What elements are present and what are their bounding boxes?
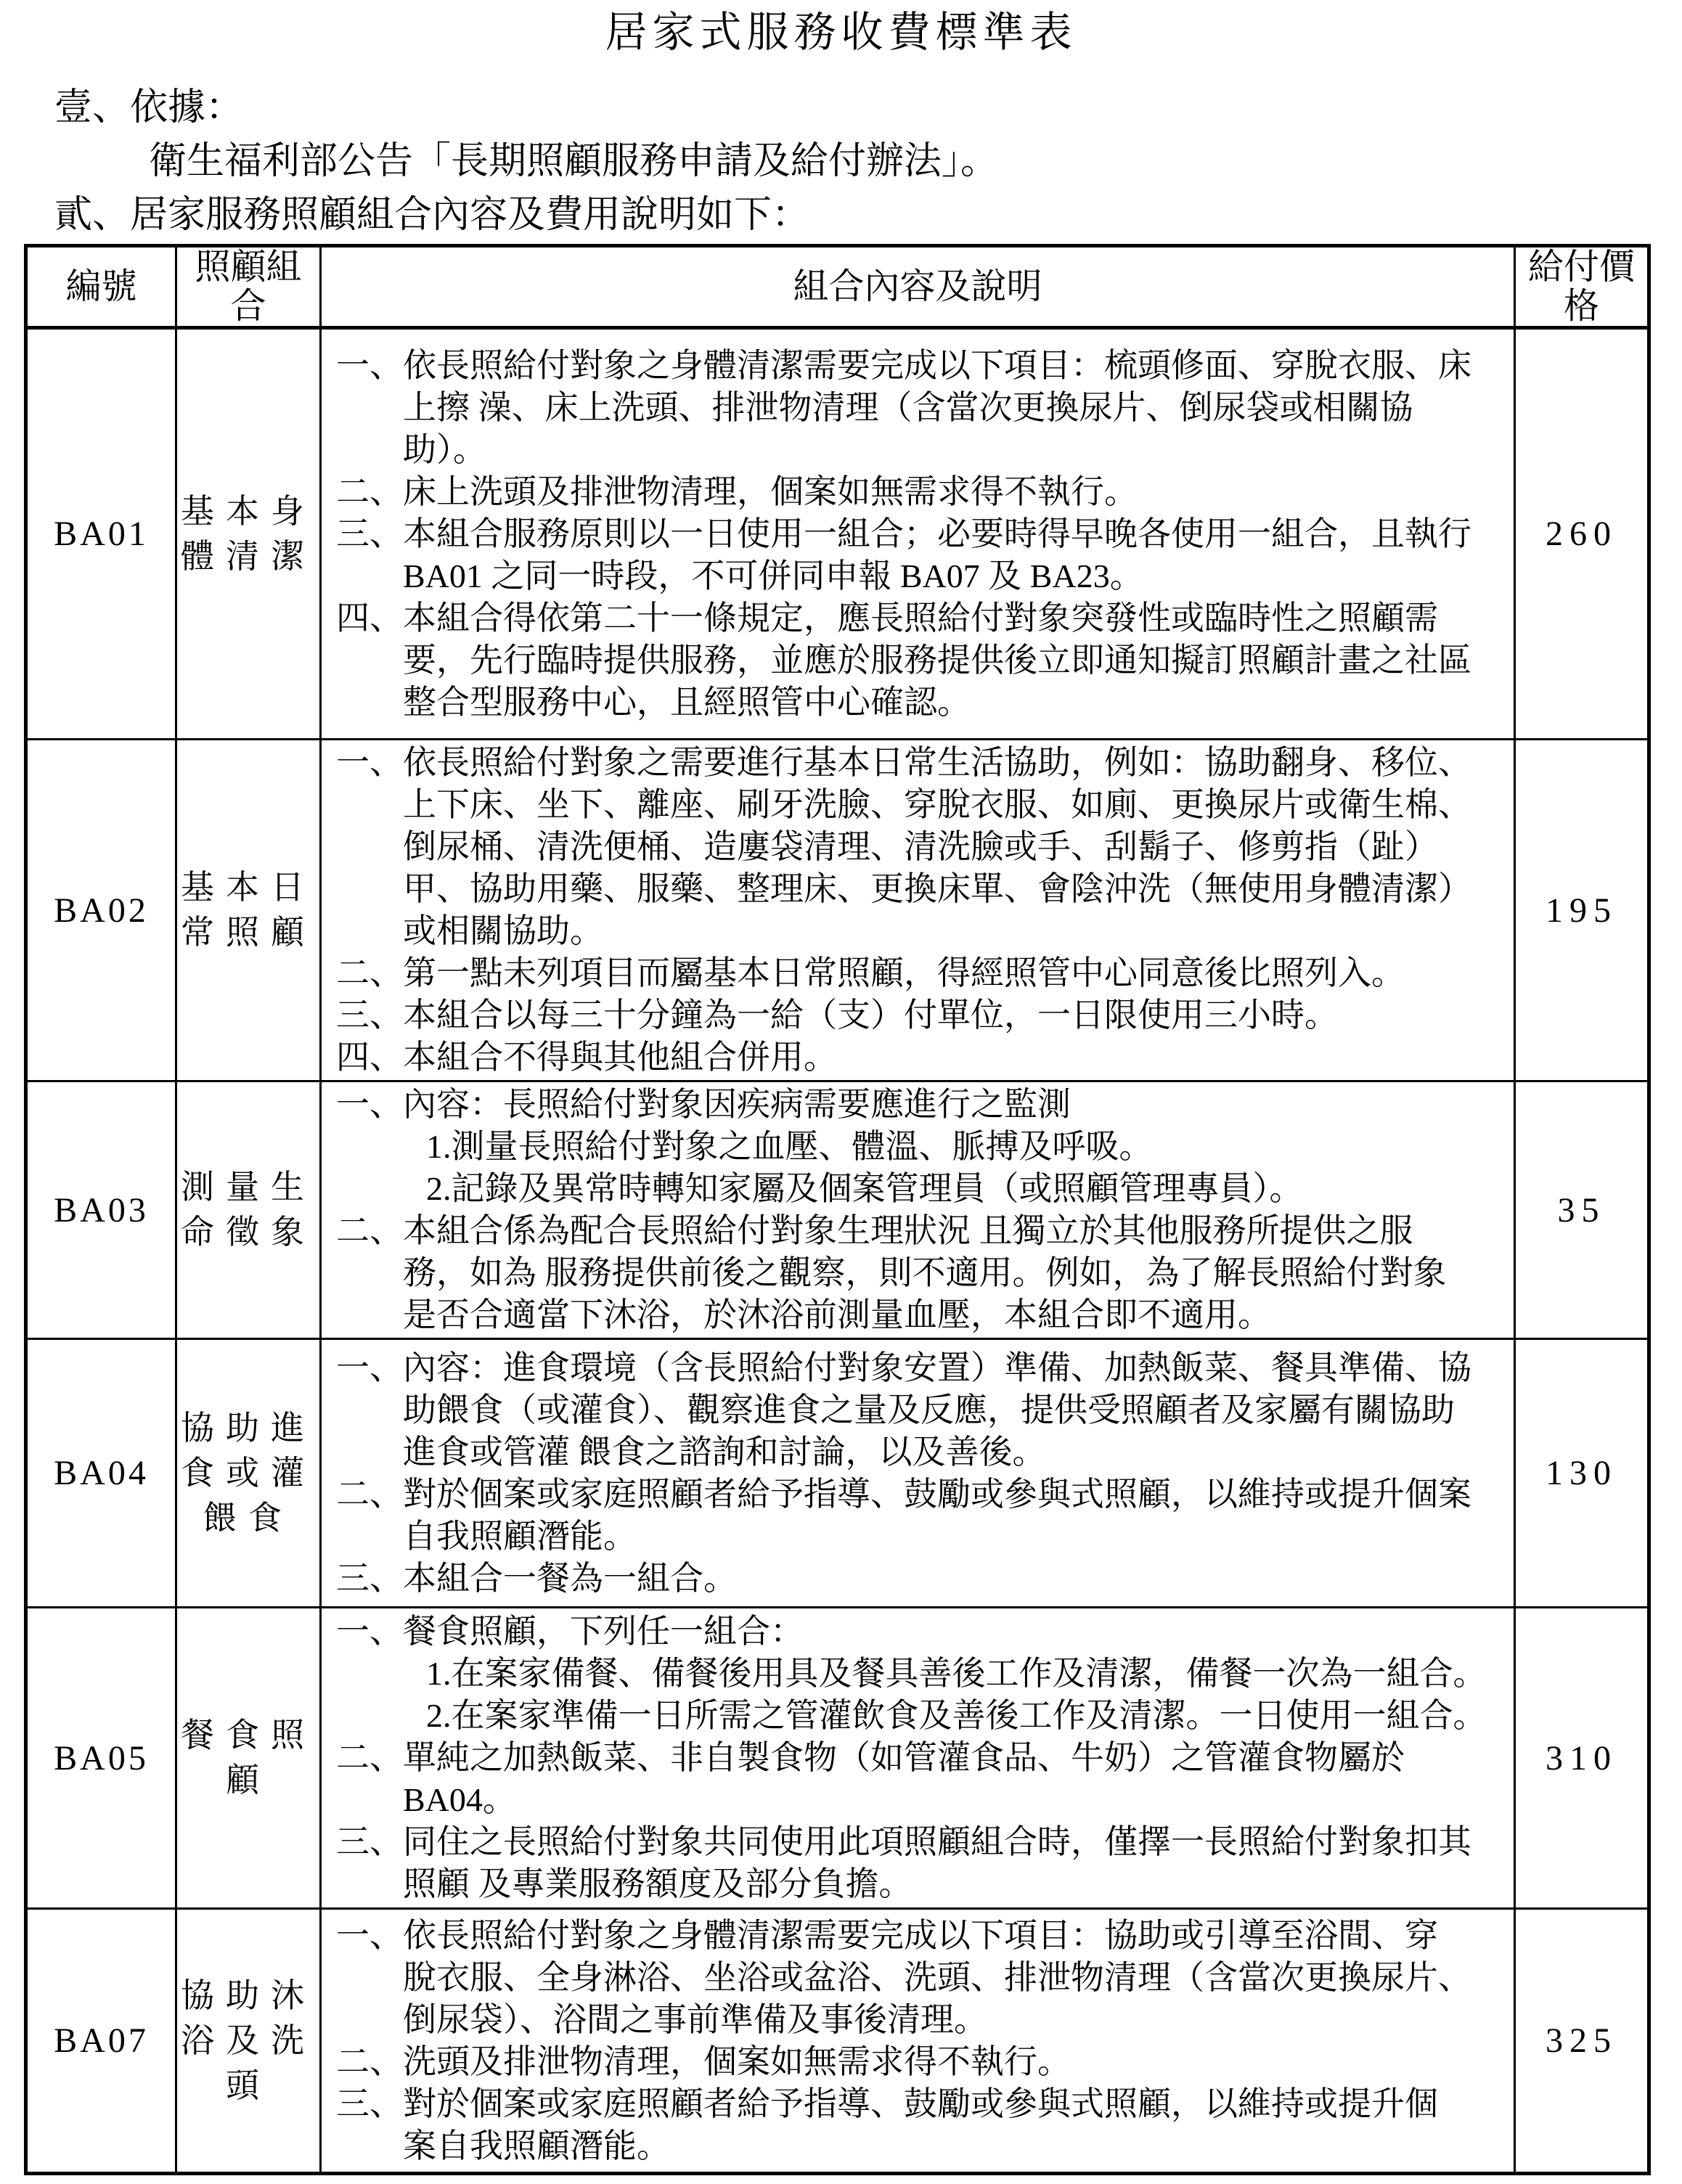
content-line: 是否合適當下沐浴，於沐浴前測量血壓，本組合即不適用。 — [336, 1294, 1501, 1336]
page-title: 居家式服務收費標準表 — [0, 0, 1682, 57]
content-line: 倒尿袋）、浴間之事前準備及事後清理。 — [336, 1999, 1501, 2041]
content-line: 要，先行臨時提供服務，並應於服務提供後立即通知擬訂照顧計畫之社區 — [336, 639, 1501, 682]
content-line: 二、本組合係為配合長照給付對象生理狀況 且獨立於其他服務所提供之服 — [336, 1210, 1501, 1252]
content-line: BA04。 — [336, 1779, 1501, 1821]
table-row: BA03測量生命徵象一、內容：長照給付對象因疾病需要應進行之監測1.測量長照給付… — [26, 1081, 1649, 1339]
content-line: 一、內容：長照給付對象因疾病需要應進行之監測 — [336, 1084, 1501, 1126]
row-code: BA04 — [26, 1339, 176, 1608]
content-line: 二、床上洗頭及排泄物清理，個案如無需求得不執行。 — [336, 471, 1501, 513]
row-content-description: 一、依長照給付對象之需要進行基本日常生活協助，例如：協助翻身、移位、上下床、坐下… — [321, 740, 1515, 1081]
content-line: 助餵食（或灌食）、觀察進食之量及反應，提供受照顧者及家屬有關協助 — [336, 1389, 1501, 1431]
row-payment-price: 325 — [1515, 1909, 1649, 2174]
row-code: BA07 — [26, 1909, 176, 2174]
header-code: 編號 — [26, 246, 176, 328]
content-line: 2.在案家準備一日所需之管灌飲食及善後工作及清潔。一日使用一組合。 — [336, 1695, 1501, 1737]
content-line: 自我照顧潛能。 — [336, 1516, 1501, 1558]
content-line: 甲、協助用藥、服藥、整理床、更換床單、會陰沖洗（無使用身體清潔） — [336, 868, 1501, 910]
content-line: 三、本組合以每三十分鐘為一給（支）付單位，一日限使用三小時。 — [336, 994, 1501, 1036]
content-line: 照顧 及專業服務額度及部分負擔。 — [336, 1863, 1501, 1905]
row-payment-price: 130 — [1515, 1339, 1649, 1608]
content-line: 助）。 — [336, 429, 1501, 471]
header-payment-price: 給付價格 — [1515, 246, 1649, 328]
fee-table: 編號 照顧組合 組合內容及說明 給付價格 BA01基本身體清潔一、依長照給付對象… — [24, 244, 1651, 2175]
content-line: 上下床、坐下、離座、刷牙洗臉、穿脫衣服、如廁、更換尿片或衛生棉、 — [336, 784, 1501, 826]
row-code: BA03 — [26, 1081, 176, 1339]
content-line: 二、第一點未列項目而屬基本日常照顧，得經照管中心同意後比照列入。 — [336, 952, 1501, 994]
content-line: 三、同住之長照給付對象共同使用此項照顧組合時，僅擇一長照給付對象扣其 — [336, 1821, 1501, 1863]
table-row: BA05餐食照顧一、餐食照顧，下列任一組合：1.在案家備餐、備餐後用具及餐具善後… — [26, 1608, 1649, 1909]
content-line: 案自我照顧潛能。 — [336, 2125, 1501, 2167]
content-line: 一、內容：進食環境（含長照給付對象安置）準備、加熱飯菜、餐具準備、協 — [336, 1347, 1501, 1389]
row-payment-price: 35 — [1515, 1081, 1649, 1339]
row-care-group: 協助進食或灌餵食 — [176, 1339, 321, 1608]
row-care-group: 基本日常照顧 — [176, 740, 321, 1081]
content-line: 1.測量長照給付對象之血壓、體溫、脈搏及呼吸。 — [336, 1126, 1501, 1168]
content-line: 三、本組合一餐為一組合。 — [336, 1558, 1501, 1600]
row-code: BA05 — [26, 1608, 176, 1909]
header-content-description: 組合內容及說明 — [321, 246, 1515, 328]
content-line: BA01 之同一時段，不可併同申報 BA07 及 BA23。 — [336, 555, 1501, 597]
row-care-group: 餐食照顧 — [176, 1608, 321, 1909]
content-line: 整合型服務中心，且經照管中心確認。 — [336, 682, 1501, 724]
content-line: 上擦 澡、床上洗頭、排泄物清理（含當次更換尿片、倒尿袋或相關協 — [336, 387, 1501, 429]
intro-item-description-label: 貳、居家服務照顧組合內容及費用說明如下： — [54, 189, 1682, 242]
document-page: 居家式服務收費標準表 壹、依據： 衛生福利部公告「長期照顧服務申請及給付辦法」。… — [0, 0, 1682, 2184]
content-line: 一、依長照給付對象之身體清潔需要完成以下項目：梳頭修面、穿脫衣服、床 — [336, 345, 1501, 387]
row-care-group: 測量生命徵象 — [176, 1081, 321, 1339]
content-line: 1.在案家備餐、備餐後用具及餐具善後工作及清潔，備餐一次為一組合。 — [336, 1653, 1501, 1695]
content-line: 2.記錄及異常時轉知家屬及個案管理員（或照顧管理專員）。 — [336, 1168, 1501, 1210]
row-care-group: 基本身體清潔 — [176, 328, 321, 740]
content-line: 進食或管灌 餵食之諮詢和討論，以及善後。 — [336, 1431, 1501, 1473]
content-line: 一、依長照給付對象之需要進行基本日常生活協助，例如：協助翻身、移位、 — [336, 742, 1501, 784]
content-line: 四、本組合得依第二十一條規定，應長照給付對象突發性或臨時性之照顧需 — [336, 597, 1501, 639]
row-content-description: 一、依長照給付對象之身體清潔需要完成以下項目：協助或引導至浴間、穿脫衣服、全身淋… — [321, 1909, 1515, 2174]
row-content-description: 一、內容：長照給付對象因疾病需要應進行之監測1.測量長照給付對象之血壓、體溫、脈… — [321, 1081, 1515, 1339]
table-header-row: 編號 照顧組合 組合內容及說明 給付價格 — [26, 246, 1649, 328]
row-code: BA02 — [26, 740, 176, 1081]
table-row: BA01基本身體清潔一、依長照給付對象之身體清潔需要完成以下項目：梳頭修面、穿脫… — [26, 328, 1649, 740]
table-row: BA07協助沐浴及洗頭一、依長照給付對象之身體清潔需要完成以下項目：協助或引導至… — [26, 1909, 1649, 2174]
row-content-description: 一、內容：進食環境（含長照給付對象安置）準備、加熱飯菜、餐具準備、協助餵食（或灌… — [321, 1339, 1515, 1608]
header-care-group: 照顧組合 — [176, 246, 321, 328]
intro-item-basis-body: 衛生福利部公告「長期照顧服務申請及給付辦法」。 — [149, 135, 1682, 189]
table-body: BA01基本身體清潔一、依長照給付對象之身體清潔需要完成以下項目：梳頭修面、穿脫… — [26, 328, 1649, 2174]
content-line: 三、本組合服務原則以一日使用一組合；必要時得早晚各使用一組合，且執行 — [336, 513, 1501, 555]
row-content-description: 一、餐食照顧，下列任一組合：1.在案家備餐、備餐後用具及餐具善後工作及清潔，備餐… — [321, 1608, 1515, 1909]
content-line: 二、對於個案或家庭照顧者給予指導、鼓勵或參與式照顧，以維持或提升個案 — [336, 1473, 1501, 1516]
row-code: BA01 — [26, 328, 176, 740]
row-payment-price: 310 — [1515, 1608, 1649, 1909]
row-care-group: 協助沐浴及洗頭 — [176, 1909, 321, 2174]
intro-item-basis-label: 壹、依據： — [54, 81, 1682, 135]
row-payment-price: 195 — [1515, 740, 1649, 1081]
content-line: 脫衣服、全身淋浴、坐浴或盆浴、洗頭、排泄物清理（含當次更換尿片、 — [336, 1957, 1501, 1999]
row-payment-price: 260 — [1515, 328, 1649, 740]
table-row: BA02基本日常照顧一、依長照給付對象之需要進行基本日常生活協助，例如：協助翻身… — [26, 740, 1649, 1081]
content-line: 三、對於個案或家庭照顧者給予指導、鼓勵或參與式照顧，以維持或提升個 — [336, 2083, 1501, 2125]
content-line: 一、依長照給付對象之身體清潔需要完成以下項目：協助或引導至浴間、穿 — [336, 1915, 1501, 1957]
content-line: 倒尿桶、清洗便桶、造廔袋清理、清洗臉或手、刮鬍子、修剪指（趾） — [336, 826, 1501, 868]
content-line: 二、洗頭及排泄物清理，個案如無需求得不執行。 — [336, 2041, 1501, 2083]
content-line: 務，如為 服務提供前後之觀察，則不適用。例如，為了解長照給付對象 — [336, 1252, 1501, 1294]
content-line: 四、本組合不得與其他組合併用。 — [336, 1036, 1501, 1079]
table-row: BA04協助進食或灌餵食一、內容：進食環境（含長照給付對象安置）準備、加熱飯菜、… — [26, 1339, 1649, 1608]
content-line: 或相關協助。 — [336, 910, 1501, 952]
content-line: 一、餐食照顧，下列任一組合： — [336, 1611, 1501, 1653]
row-content-description: 一、依長照給付對象之身體清潔需要完成以下項目：梳頭修面、穿脫衣服、床上擦 澡、床… — [321, 328, 1515, 740]
content-line: 二、單純之加熱飯菜、非自製食物（如管灌食品、牛奶）之管灌食物屬於 — [336, 1737, 1501, 1779]
